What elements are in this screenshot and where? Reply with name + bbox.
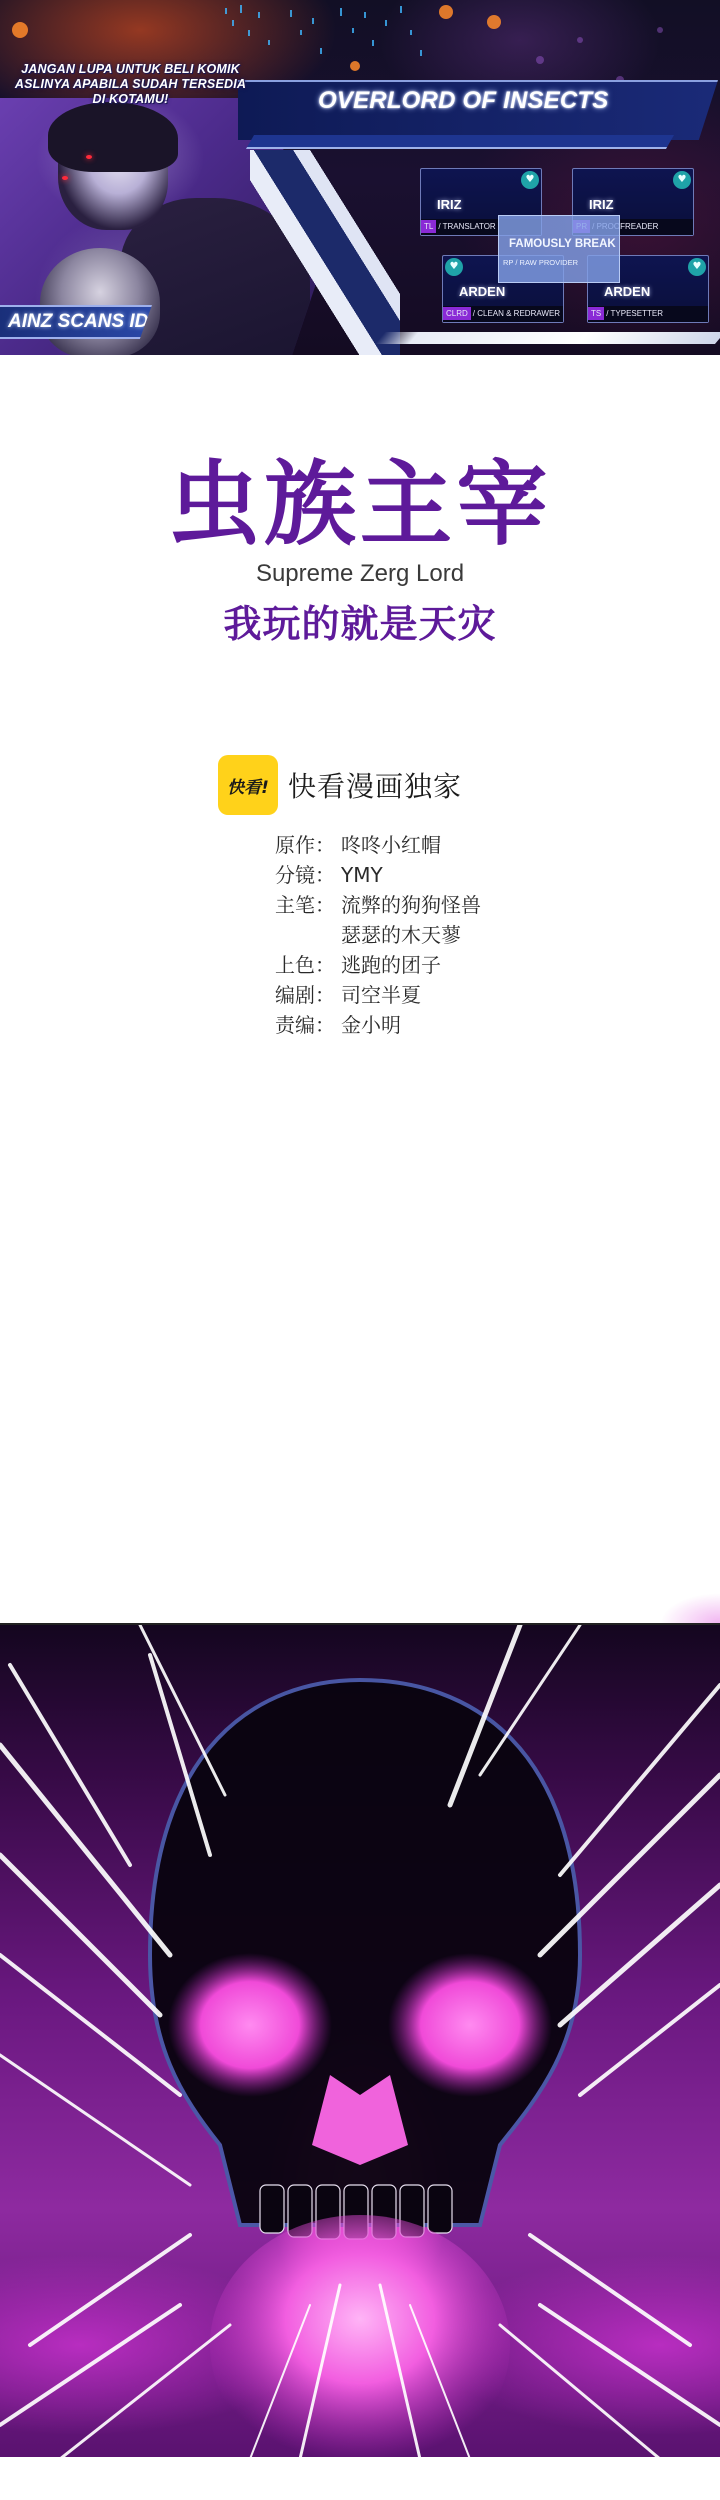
staff-name: YMY [341, 860, 383, 890]
chevron-decoration [250, 150, 400, 355]
character-hair [48, 102, 178, 172]
staff-name: 流弊的狗狗怪兽 [341, 890, 481, 920]
staff-credits: 原作： 咚咚小红帽 分镜： YMY 主笔： 流弊的狗狗怪兽 瑟瑟的木天蓼 上色：… [275, 830, 481, 1040]
staff-row-original: 原作： 咚咚小红帽 [275, 830, 481, 860]
staff-role: 责编： [275, 1010, 341, 1040]
glow-decoration [660, 1593, 720, 1623]
staff-role: 分镜： [275, 860, 341, 890]
credit-role: CLRD/ CLEAN & REDRAWER [443, 306, 563, 322]
staff-name: 司空半夏 [341, 980, 421, 1010]
team-name: AINZ SCANS ID [8, 307, 148, 337]
team-name-tag: AINZ SCANS ID [0, 305, 152, 339]
support-notice: JANGAN LUPA UNTUK BELI KOMIK ASLINYA APA… [8, 62, 253, 107]
red-eye-icon [86, 155, 92, 159]
role-tag: CLRD [443, 307, 471, 320]
chinese-subtitle: 我玩的就是天灾 [0, 599, 720, 649]
heart-icon: ♥ [688, 258, 706, 276]
title-card: 虫族主宰 Supreme Zerg Lord 我玩的就是天灾 快看! 快看漫画独… [0, 355, 720, 1623]
staff-row-writer: 编剧： 司空半夏 [275, 980, 481, 1010]
staff-role: 原作： [275, 830, 341, 860]
staff-row-storyboard: 分镜： YMY [275, 860, 481, 890]
staff-name: 金小明 [341, 1010, 401, 1040]
heart-icon: ♥ [521, 171, 539, 189]
staff-row-colorist: 上色： 逃跑的团子 [275, 950, 481, 980]
staff-role: 编剧： [275, 980, 341, 1010]
credit-name: FAMOUSLY BREAK [509, 238, 616, 250]
ribbon-stripe [246, 135, 674, 149]
staff-name: 咚咚小红帽 [341, 830, 441, 860]
publisher-badge: 快看! 快看漫画独家 [218, 759, 462, 811]
role-text: / TRANSLATOR [438, 222, 495, 231]
staff-name: 逃跑的团子 [341, 950, 441, 980]
staff-role: 主笔： [275, 890, 341, 950]
staff-row-editor: 责编： 金小明 [275, 1010, 481, 1040]
red-eye-icon [62, 176, 68, 180]
credit-name: IRIZ [589, 197, 614, 212]
comic-panel-glowing-skull [0, 1623, 720, 2457]
sweep-decoration [375, 332, 720, 344]
kuaikan-logo-icon: 快看! [218, 755, 278, 815]
credit-name: IRIZ [437, 197, 462, 212]
chinese-title: 虫族主宰 [0, 450, 720, 560]
credit-name: ARDEN [459, 284, 505, 299]
glowing-skull-illustration [0, 1625, 720, 2457]
staff-name: 瑟瑟的木天蓼 [341, 920, 481, 950]
scanlation-credits-banner: OVERLORD OF INSECTS JANGAN LUPA UNTUK BE… [0, 0, 720, 355]
role-tag: TL [421, 220, 436, 233]
credit-role: RP / RAW PROVIDER [503, 258, 578, 267]
credit-role: TS/ TYPESETTER [588, 306, 708, 322]
role-text: / TYPESETTER [606, 309, 663, 318]
english-title: Supreme Zerg Lord [0, 560, 720, 588]
credit-card-raw-provider: FAMOUSLY BREAK RP / RAW PROVIDER [498, 215, 620, 283]
role-tag: TS [588, 307, 604, 320]
role-text: / CLEAN & REDRAWER [473, 309, 560, 318]
publisher-exclusive-text: 快看漫画独家 [288, 765, 462, 805]
staff-row-lead-artist: 主笔： 流弊的狗狗怪兽 瑟瑟的木天蓼 [275, 890, 481, 950]
series-title: OVERLORD OF INSECTS [318, 80, 609, 122]
credit-name: ARDEN [604, 284, 650, 299]
heart-icon: ♥ [673, 171, 691, 189]
staff-role: 上色： [275, 950, 341, 980]
heart-icon: ♥ [445, 258, 463, 276]
